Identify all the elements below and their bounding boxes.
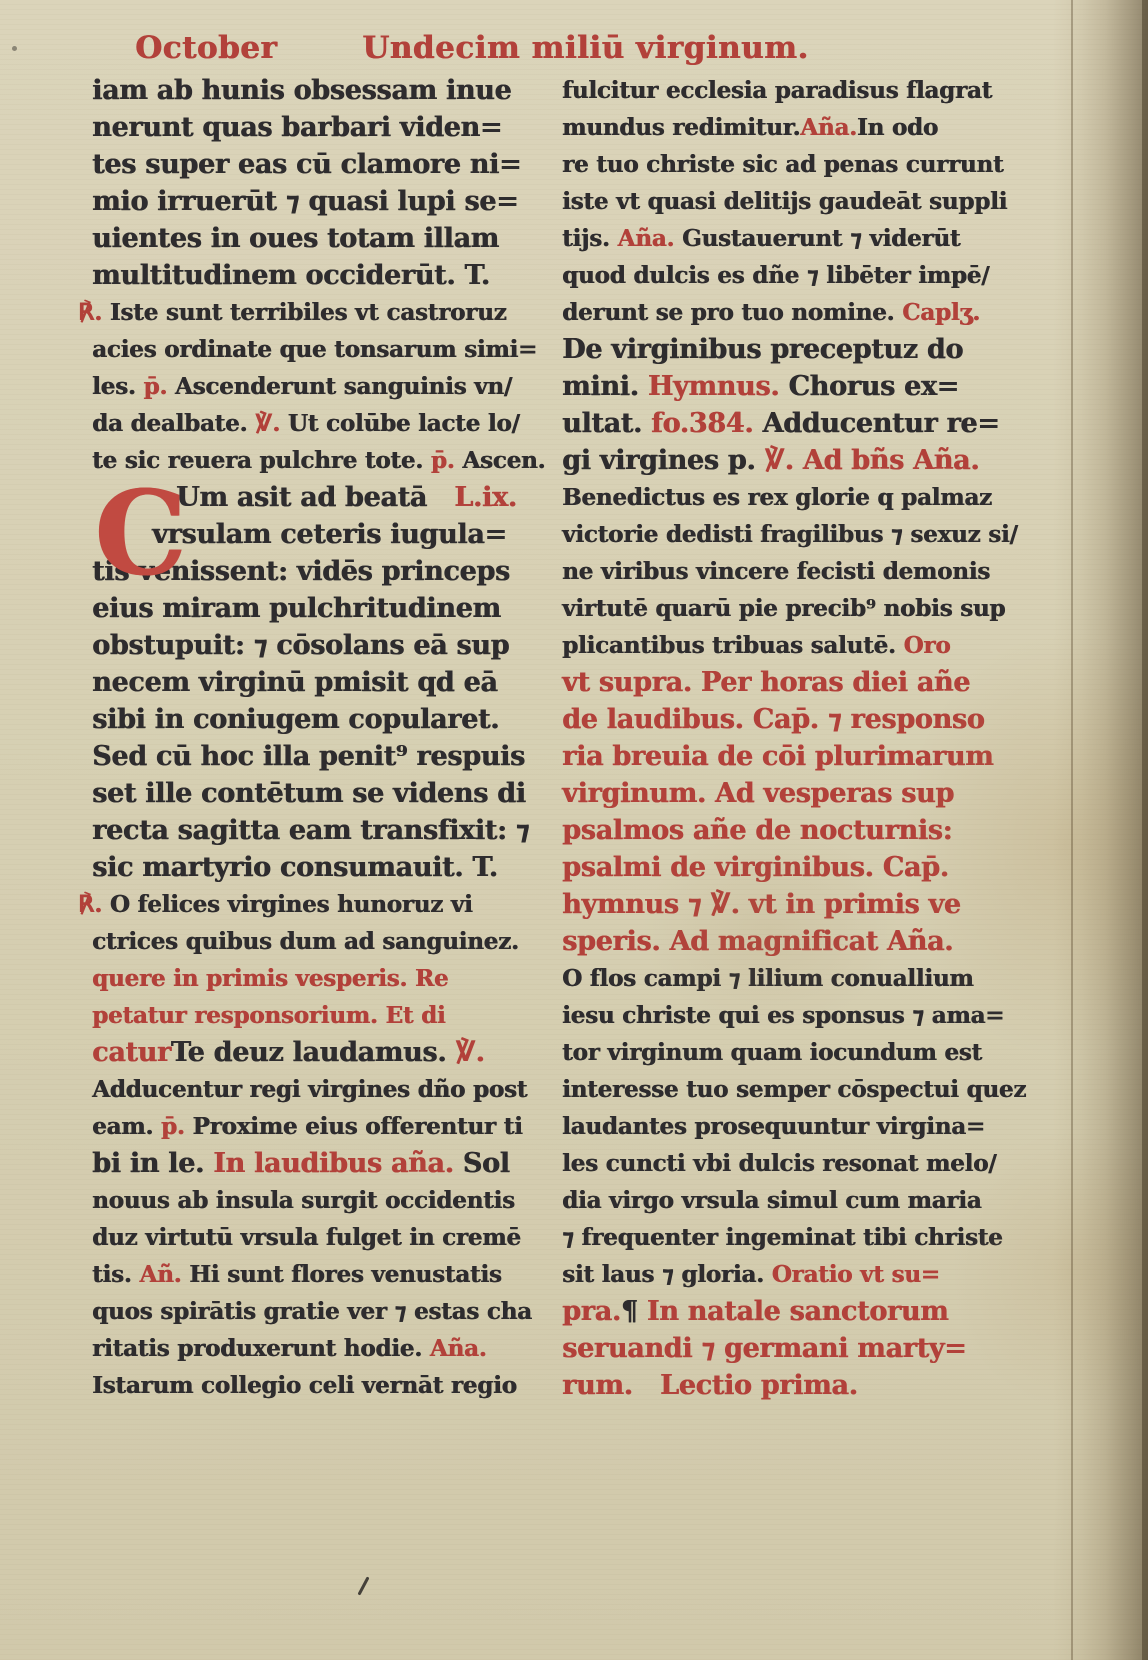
body-text: mini. [562,371,648,402]
text-line: psalmi de virginibus. Cap̄. [562,849,1062,886]
text-line: recta sagitta eam transfixit: ⁊ [92,812,554,849]
text-line: tis. Añ. Hi sunt flores venustatis [92,1256,554,1293]
text-line: tes super eas cū clamore ni= [92,146,554,183]
text-line: ℟. O felices virgines hunoruz vi [92,886,554,923]
body-text: set ille contētum se videns di [92,778,526,809]
drop-cap-initial: C [94,476,186,592]
body-text: ¶ [621,1296,647,1327]
ink-mark [357,1576,369,1595]
body-text: derunt se pro tuo nomine. [562,299,902,326]
body-text: mio irruerūt ⁊ quasi lupi se= [92,186,518,217]
text-line: duz virtutū vrsula fulget in cremē [92,1219,554,1256]
rubric-text: ℟. [78,891,110,918]
text-line: set ille contētum se videns di [92,775,554,812]
text-line: De virginibus preceptuz do [562,331,1062,368]
text-line: quos spirātis gratie ver ⁊ estas cha [92,1293,554,1330]
body-text: vrsulam ceteris iugula= [152,519,507,550]
body-text: Hi sunt flores venustatis [189,1261,501,1288]
rubric-text: petatur responsorium. Et di [92,1002,445,1029]
text-line: seruandi ⁊ germani marty= [562,1330,1062,1367]
body-text: O felices virgines hunoruz vi [110,891,473,918]
body-text: O flos campi ⁊ lilium conuallium [562,965,973,992]
body-text: victorie dedisti fragilibus ⁊ sexuz si/ [562,521,1018,548]
body-text: ultat. [562,408,651,439]
rubric-text: ria breuia de cōi plurimarum [562,741,993,772]
rubric-text: psalmos añe de nocturnis: [562,815,952,846]
text-line: ultat. fo.384. Adducentur re= [562,405,1062,442]
text-line: caturTe deuz laudamus. ℣. [92,1034,554,1071]
rubric-text: Hymnus. [648,371,789,402]
rubric-text: Caplʒ. [902,299,980,326]
text-line: hymnus ⁊ ℣. vt in primis ve [562,886,1062,923]
body-text: les. [92,373,143,400]
text-line: ctrices quibus dum ad sanguinez. [92,923,554,960]
body-text: Um asit ad beatā [176,482,427,513]
text-line: tor virginum quam iocundum est [562,1034,1062,1071]
body-text: ⁊ frequenter ingeminat tibi christe [562,1224,1002,1251]
body-text: Sol [463,1148,510,1179]
body-text: De virginibus preceptuz do [562,334,963,365]
rubric-text: Oratio vt su= [772,1261,940,1288]
text-line: petatur responsorium. Et di [92,997,554,1034]
text-line: uientes in oues totam illam [92,220,554,257]
text-line: virginum. Ad vesperas sup [562,775,1062,812]
body-text: Te deuz laudamus. [171,1037,456,1068]
body-text: Adducentur re= [762,408,999,439]
body-text: Benedictus es rex glorie q palmaz [562,484,992,511]
body-text: fulcitur ecclesia paradisus flagrat [562,77,992,104]
rubric-text: pra. [562,1296,621,1327]
body-text: tis. [92,1261,139,1288]
rubric-text: seruandi ⁊ germani marty= [562,1333,966,1364]
body-text: Adducentur regi virgines dño post [92,1076,527,1103]
rubric-text: ℣. [255,410,288,437]
text-line: nouus ab insula surgit occidentis [92,1182,554,1219]
text-line: acies ordinate que tonsarum simi= [92,331,554,368]
text-line: ℟. Iste sunt terribiles vt castroruz [92,294,554,331]
text-line: les cuncti vbi dulcis resonat melo/ [562,1145,1062,1182]
text-line: Benedictus es rex glorie q palmaz [562,479,1062,516]
text-line: quod dulcis es dñe ⁊ libēter impē/ [562,257,1062,294]
text-line: ria breuia de cōi plurimarum [562,738,1062,775]
body-text: les cuncti vbi dulcis resonat melo/ [562,1150,996,1177]
body-text: obstupuit: ⁊ cōsolans eā sup [92,630,509,661]
text-line: iesu christe qui es sponsus ⁊ ama= [562,997,1062,1034]
running-header: October Undecim miliū virginum. [92,30,809,66]
text-line: multitudinem occiderūt. T. [92,257,554,294]
text-line: rum. Lectio prima. [562,1367,1062,1404]
text-line: sit laus ⁊ gloria. Oratio vt su= [562,1256,1062,1293]
body-text: interesse tuo semper cōspectui quez [562,1076,1026,1103]
text-line: mundus redimitur.Aña.In odo [562,109,1062,146]
body-text: Sed cū hoc illa penit⁹ respuis [92,741,525,772]
rubric-text: quere in primis vesperis. Re [92,965,448,992]
text-line: plicantibus tribuas salutē. Oro [562,627,1062,664]
rubric-text: speris. Ad magnificat Aña. [562,926,953,957]
book-page-scan: October Undecim miliū virginum. C iam ab… [0,0,1148,1660]
body-text: In odo [857,114,938,141]
body-text: da dealbate. [92,410,255,437]
rubric-text: psalmi de virginibus. Cap̄. [562,852,949,883]
body-text: gi virgines p. [562,445,764,476]
text-line: bi in le. In laudibus aña. Sol [92,1145,554,1182]
text-line: da dealbate. ℣. Ut colūbe lacte lo/ [92,405,554,442]
text-line: vt supra. Per horas diei añe [562,664,1062,701]
left-text-column: C iam ab hunis obsessam inuenerunt quas … [92,72,554,1417]
body-text: recta sagitta eam transfixit: ⁊ [92,815,529,846]
rubric-text: Aña. [430,1335,487,1362]
rubric-text: Añ. [139,1261,189,1288]
body-text: tor virginum quam iocundum est [562,1039,982,1066]
text-line: necem virginū pmisit qd eā [92,664,554,701]
body-text: bi in le. [92,1148,213,1179]
text-line: mio irruerūt ⁊ quasi lupi se= [92,183,554,220]
rubric-text: p̄. [161,1113,193,1140]
body-text: multitudinem occiderūt. T. [92,260,490,291]
text-line: ne viribus vincere fecisti demonis [562,553,1062,590]
text-line: laudantes prosequuntur virgina= [562,1108,1062,1145]
body-text: sit laus ⁊ gloria. [562,1261,772,1288]
header-month: October [135,30,277,66]
text-line: interesse tuo semper cōspectui quez [562,1071,1062,1108]
rubric-text: hymnus ⁊ ℣. vt in primis ve [562,889,961,920]
rubric-text: catur [92,1037,171,1068]
text-line: sibi in coniugem copularet. [92,701,554,738]
body-text: Istarum collegio celi vernāt regio [92,1372,517,1399]
text-line: Adducentur regi virgines dño post [92,1071,554,1108]
body-text: sic martyrio consumauit. T. [92,852,498,883]
body-text: ne viribus vincere fecisti demonis [562,558,990,585]
rubric-text: ℣. Ad bñs Aña. [764,445,979,476]
body-text: quos spirātis gratie ver ⁊ estas cha [92,1298,532,1325]
body-text: necem virginū pmisit qd eā [92,667,497,698]
text-line: iste vt quasi delitijs gaudeāt suppli [562,183,1062,220]
text-line: derunt se pro tuo nomine. Caplʒ. [562,294,1062,331]
rubric-text: Oro [903,632,950,659]
text-line: pra.¶ In natale sanctorum [562,1293,1062,1330]
text-line: eam. p̄. Proxime eius offerentur ti [92,1108,554,1145]
text-line: Sed cū hoc illa penit⁹ respuis [92,738,554,775]
ink-speck [12,46,17,51]
rubric-text: L.ix. [427,482,517,513]
text-line: iam ab hunis obsessam inue [92,72,554,109]
body-text: Gustauerunt ⁊ viderūt [682,225,960,252]
rubric-text: In laudibus aña. [213,1148,463,1179]
text-line: re tuo christe sic ad penas currunt [562,146,1062,183]
body-text: Ascenderunt sanguinis vn/ [175,373,512,400]
text-line: sic martyrio consumauit. T. [92,849,554,886]
rubric-text: p̄. [431,447,463,474]
rubric-text: ℣. [455,1037,484,1068]
body-text: nouus ab insula surgit occidentis [92,1187,515,1214]
text-line: fulcitur ecclesia paradisus flagrat [562,72,1062,109]
body-text: tes super eas cū clamore ni= [92,149,521,180]
text-line: les. p̄. Ascenderunt sanguinis vn/ [92,368,554,405]
right-text-column: fulcitur ecclesia paradisus flagratmundu… [562,72,1062,1417]
rubric-text: ℟. [78,299,110,326]
text-line: gi virgines p. ℣. Ad bñs Aña. [562,442,1062,479]
body-text: dia virgo vrsula simul cum maria [562,1187,981,1214]
body-text: quod dulcis es dñe ⁊ libēter impē/ [562,262,989,289]
body-text: iam ab hunis obsessam inue [92,75,511,106]
body-text: Chorus ex= [788,371,958,402]
body-text: mundus redimitur. [562,114,800,141]
text-line: dia virgo vrsula simul cum maria [562,1182,1062,1219]
rubric-text: de laudibus. Cap̄. ⁊ responso [562,704,984,735]
body-text: Ascen. [462,447,545,474]
text-line: de laudibus. Cap̄. ⁊ responso [562,701,1062,738]
text-line: victorie dedisti fragilibus ⁊ sexuz si/ [562,516,1062,553]
body-text: ritatis produxerunt hodie. [92,1335,430,1362]
rubric-text: rum. Lectio prima. [562,1370,858,1401]
text-line: mini. Hymnus. Chorus ex= [562,368,1062,405]
body-text: Proxime eius offerentur ti [192,1113,522,1140]
text-columns: C iam ab hunis obsessam inuenerunt quas … [92,72,1062,1417]
text-line: tijs. Aña. Gustauerunt ⁊ viderūt [562,220,1062,257]
text-line: quere in primis vesperis. Re [92,960,554,997]
body-text: iste vt quasi delitijs gaudeāt suppli [562,188,1007,215]
body-text: iesu christe qui es sponsus ⁊ ama= [562,1002,1004,1029]
body-text: uientes in oues totam illam [92,223,499,254]
text-line: speris. Ad magnificat Aña. [562,923,1062,960]
body-text: tijs. [562,225,617,252]
rubric-text: vt supra. Per horas diei añe [562,667,970,698]
body-text: ctrices quibus dum ad sanguinez. [92,928,519,955]
body-text: virtutē quarū pie precib⁹ nobis sup [562,595,1005,622]
text-line: Istarum collegio celi vernāt regio [92,1367,554,1404]
body-text: re tuo christe sic ad penas currunt [562,151,1003,178]
rubric-text: Aña. [800,114,857,141]
rubric-text: fo.384. [651,408,762,439]
body-text: Ut colūbe lacte lo/ [288,410,520,437]
text-line: obstupuit: ⁊ cōsolans eā sup [92,627,554,664]
body-text: sibi in coniugem copularet. [92,704,499,735]
body-text: duz virtutū vrsula fulget in cremē [92,1224,521,1251]
body-text: laudantes prosequuntur virgina= [562,1113,985,1140]
text-line: nerunt quas barbari viden= [92,109,554,146]
text-line: psalmos añe de nocturnis: [562,812,1062,849]
text-line: virtutē quarū pie precib⁹ nobis sup [562,590,1062,627]
body-text: nerunt quas barbari viden= [92,112,502,143]
body-text: eam. [92,1113,161,1140]
rubric-text: virginum. Ad vesperas sup [562,778,954,809]
body-text: Iste sunt terribiles vt castroruz [110,299,507,326]
page-edge-shadow [1053,0,1148,1660]
rubric-text: Aña. [617,225,682,252]
text-line: ritatis produxerunt hodie. Aña. [92,1330,554,1367]
rubric-text: In natale sanctorum [647,1296,949,1327]
body-text: plicantibus tribuas salutē. [562,632,903,659]
header-feast-title: Undecim miliū virginum. [362,30,808,66]
rubric-text: p̄. [143,373,175,400]
body-text: acies ordinate que tonsarum simi= [92,336,537,363]
text-line: O flos campi ⁊ lilium conuallium [562,960,1062,997]
text-line: ⁊ frequenter ingeminat tibi christe [562,1219,1062,1256]
